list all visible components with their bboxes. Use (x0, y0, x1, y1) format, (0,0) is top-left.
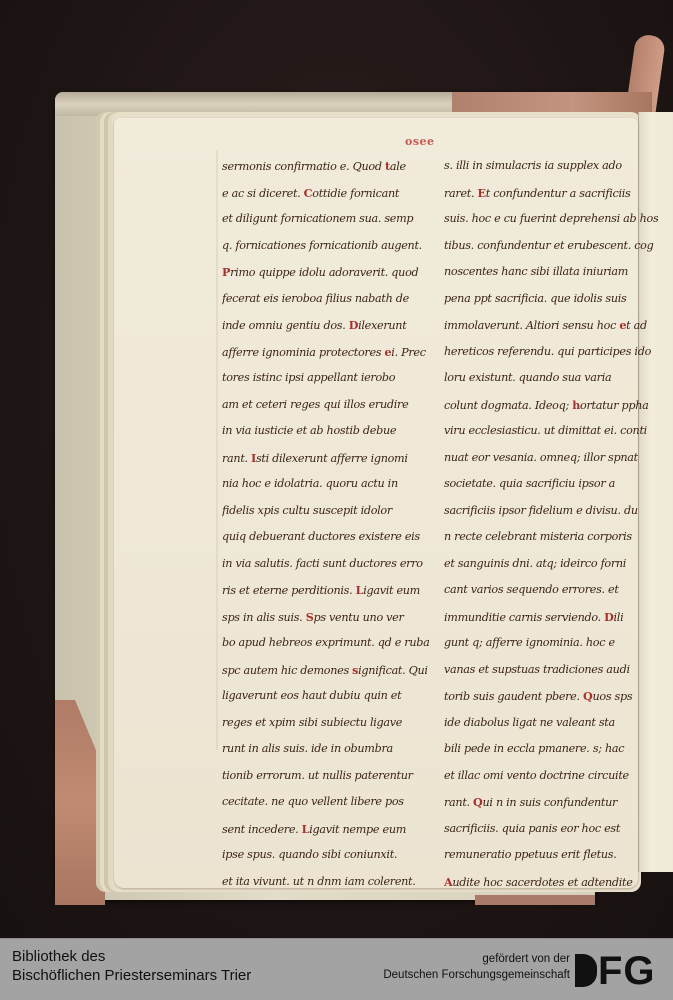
funding-credit: gefördert von der Deutschen Forschungsge… (383, 951, 570, 983)
manuscript-line: suis. hoc e cu fuerint deprehensi ab hos (444, 206, 658, 233)
running-header: osee (405, 135, 435, 148)
manuscript-line: n recte celebrant misteria corporis (444, 524, 658, 551)
manuscript-line: cecitate. ne quo vellent libere pos (222, 789, 436, 816)
manuscript-line: loru existunt. quando sua varia (444, 365, 658, 392)
manuscript-line: spc autem hic demones significat. Qui (222, 657, 436, 684)
rubricated-initial: S (306, 610, 314, 624)
manuscript-line: am et ceteri reges qui illos erudire (222, 392, 436, 419)
manuscript-line: ligaverunt eos haut dubiu quin et (222, 683, 436, 710)
manuscript-line: hereticos referendu. qui participes ido (444, 339, 658, 366)
manuscript-line: et diligunt fornicationem sua. semp (222, 206, 436, 233)
manuscript-line: torib suis gaudent pbere. Quos sps (444, 683, 658, 710)
rubricated-initial: I (251, 451, 256, 465)
rubricated-initial: P (222, 265, 230, 279)
manuscript-line: q. fornicationes fornicationib augent. (222, 233, 436, 260)
manuscript-line: immunditie carnis serviendo. Dili (444, 604, 658, 631)
manuscript-line: nuat eor vesania. omneq; illor spnat (444, 445, 658, 472)
funding-line-1: gefördert von der (383, 951, 570, 967)
manuscript-line: sermonis confirmatio e. Quod tale (222, 153, 436, 180)
manuscript-line: tibus. confundentur et erubescent. cog (444, 233, 658, 260)
manuscript-line: s. illi in simulacris ia supplex ado (444, 153, 658, 180)
manuscript-line: ipse spus. quando sibi coniunxit. (222, 842, 436, 869)
rubricated-initial: A (444, 875, 452, 889)
manuscript-line: vanas et supstuas tradiciones audi (444, 657, 658, 684)
manuscript-line: sent incedere. Ligavit nempe eum (222, 816, 436, 843)
manuscript-line: noscentes hanc sibi illata iniuriam (444, 259, 658, 286)
manuscript-line: sps in alis suis. Sps ventu uno ver (222, 604, 436, 631)
manuscript-line: in via iusticie et ab hostib debue (222, 418, 436, 445)
manuscript-line: runt in alis suis. ide in obumbra (222, 736, 436, 763)
manuscript-line: e ac si diceret. Cottidie fornicant (222, 180, 436, 207)
rubricated-initial: D (604, 610, 613, 624)
manuscript-line: remuneratio ppetuus erit fletus. (444, 842, 658, 869)
manuscript-line: rant. Qui n in suis confundentur (444, 789, 658, 816)
text-column-right: s. illi in simulacris ia supplex adorare… (444, 153, 658, 895)
cover-leather-bottom (475, 895, 595, 905)
manuscript-line: in via salutis. facti sunt ductores erro (222, 551, 436, 578)
rubricated-initial: e (619, 318, 626, 332)
manuscript-line: Primo quippe idolu adoraverit. quod (222, 259, 436, 286)
manuscript-line: reges et xpim sibi subiectu ligave (222, 710, 436, 737)
manuscript-line: bili pede in eccla pmanere. s; hac (444, 736, 658, 763)
manuscript-line: bo apud hebreos exprimunt. qd e ruba (222, 630, 436, 657)
rubricated-initial: s (352, 663, 358, 677)
institution-line-1: Bibliothek des (12, 947, 251, 966)
rubricated-initial: D (349, 318, 358, 332)
rubricated-initial: h (572, 398, 580, 412)
manuscript-line: ide diabolus ligat ne valeant sta (444, 710, 658, 737)
manuscript-line: fecerat eis ieroboa filius nabath de (222, 286, 436, 313)
manuscript-line: et ita vivunt. ut n dnm iam colerent. (222, 869, 436, 896)
footer-banner: Bibliothek des Bischöflichen Priestersem… (0, 938, 673, 1000)
manuscript-line: sacrificiis ipsor fidelium e divisu. du (444, 498, 658, 525)
ruling-line (216, 150, 218, 750)
manuscript-line: immolaverunt. Altiori sensu hoc et ad (444, 312, 658, 339)
manuscript-line: tores istinc ipsi appellant ierobo (222, 365, 436, 392)
manuscript-line: tionib errorum. ut nullis paterentur (222, 763, 436, 790)
manuscript-line: rant. Isti dilexerunt afferre ignomi (222, 445, 436, 472)
rubricated-initial: Q (473, 795, 482, 809)
institution-line-2: Bischöflichen Priesterseminars Trier (12, 966, 251, 985)
manuscript-line: et sanguinis dni. atq; ideirco forni (444, 551, 658, 578)
manuscript-photo: osee sermonis confirmatio e. Quod talee … (0, 0, 673, 938)
manuscript-line: fidelis xpis cultu suscepit idolor (222, 498, 436, 525)
manuscript-line: societate. quia sacrificiu ipsor a (444, 471, 658, 498)
dfg-logo: FG (575, 953, 656, 989)
manuscript-line: raret. Et confundentur a sacrificiis (444, 180, 658, 207)
rubricated-initial: Q (583, 689, 592, 703)
rubricated-initial: C (304, 186, 313, 200)
rubricated-initial: E (478, 186, 486, 200)
rubricated-initial: L (356, 583, 364, 597)
text-column-left: sermonis confirmatio e. Quod talee ac si… (222, 153, 436, 895)
rubricated-initial: t (385, 159, 390, 173)
manuscript-line: sacrificiis. quia panis eor hoc est (444, 816, 658, 843)
manuscript-line: viru ecclesiasticu. ut dimittat ei. cont… (444, 418, 658, 445)
manuscript-line: gunt q; afferre ignominia. hoc e (444, 630, 658, 657)
manuscript-line: cant varios sequendo errores. et (444, 577, 658, 604)
dfg-logo-letters: FG (598, 949, 656, 993)
rubricated-initial: e (384, 345, 391, 359)
manuscript-line: afferre ignominia protectores ei. Prec (222, 339, 436, 366)
manuscript-line: nia hoc e idolatria. quoru actu in (222, 471, 436, 498)
manuscript-line: Audite hoc sacerdotes et adtendite (444, 869, 658, 896)
rubricated-initial: L (302, 822, 310, 836)
manuscript-line: pena ppt sacrificia. que idolis suis (444, 286, 658, 313)
manuscript-line: inde omniu gentiu dos. Dilexerunt (222, 312, 436, 339)
manuscript-line: colunt dogmata. Ideoq; hortatur ppha (444, 392, 658, 419)
institution-credit: Bibliothek des Bischöflichen Priestersem… (12, 947, 251, 985)
funding-line-2: Deutschen Forschungsgemeinschaft (383, 967, 570, 983)
manuscript-line: ris et eterne perditionis. Ligavit eum (222, 577, 436, 604)
dfg-logo-d-mark (575, 954, 597, 987)
manuscript-line: quiq debuerant ductores existere eis (222, 524, 436, 551)
manuscript-line: et illac omi vento doctrine circuite (444, 763, 658, 790)
